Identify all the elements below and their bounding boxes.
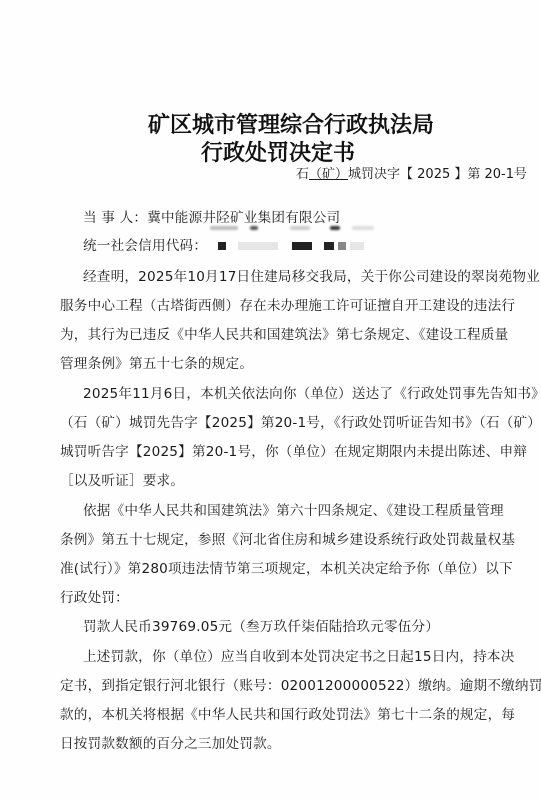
fine-amount-line: 罚款人民币39769.05元（叁万玖仟柒佰陆拾玖元零伍分） — [83, 615, 439, 635]
body-line: 上述罚款，你（单位）应当自收到本处罚决定书之日起15日内，持本决 — [83, 645, 515, 665]
redaction-smudge — [330, 226, 340, 230]
credit-code-label: 统一社会信用代码： — [83, 238, 207, 254]
credit-code-row: 统一社会信用代码： — [83, 234, 368, 254]
body-line: 服务中心工程（古塔街西侧）存在未办理施工许可证擅自开工建设的违法行 — [60, 294, 515, 314]
body-line: 条例》第五十七规定，参照《河北省住房和城乡建设系统行政处罚裁量权基 — [60, 528, 515, 548]
redaction-smudge — [290, 226, 310, 230]
doc-number-suffix: 城罚决字【 2025 】第 20-1号 — [348, 167, 527, 182]
credit-code-redacted — [212, 238, 368, 254]
body-line: 依据《中华人民共和国建筑法》第六十四条规定、《建设工程质量管理 — [83, 499, 504, 519]
body-line: 经查明，2025年10月17日住建局移交我局，关于你公司建设的翠岗苑物业 — [83, 265, 540, 285]
body-line: 日按罚款数额的百分之三加处罚款。 — [60, 732, 281, 752]
party-row: 当 事 人：冀中能源井陉矿业集团有限公司 — [83, 206, 340, 226]
body-line: ［以及听证］要求。 — [60, 469, 184, 489]
document-number: 石（矿）城罚决字【 2025 】第 20-1号 — [296, 163, 527, 182]
body-line: 2025年11月6日，本机关依法向你（单位）送达了《行政处罚事先告知书》 — [83, 382, 541, 402]
body-line: 城罚听告字【2025】第20-1号，你（单位）在规定期限内未提出陈述、申辩 — [60, 440, 527, 460]
redaction-smudge — [250, 226, 258, 230]
body-line: 管理条例》第五十七条的规定。 — [60, 352, 253, 372]
body-line: 款的，本机关将根据《中华人民共和国行政处罚法》第七十二条的规定，每 — [60, 703, 515, 723]
issuer-title: 矿区城市管理综合行政执法局 — [148, 108, 434, 139]
redaction-smudge — [352, 226, 374, 230]
redaction-smudge — [210, 226, 238, 230]
doc-number-agency: （矿） — [309, 167, 348, 182]
body-line: 行政处罚： — [60, 586, 129, 606]
body-line: 定书，到指定银行河北银行（账号：02001200000522）缴纳。逾期不缴纳罚 — [60, 674, 541, 694]
body-line: 准(试行）》第280项违法情节第三项规定，本机关决定给予你（单位）以下 — [60, 557, 513, 577]
doc-number-prefix: 石 — [296, 167, 309, 182]
document-page: 矿区城市管理综合行政执法局 行政处罚决定书 石（矿）城罚决字【 2025 】第 … — [0, 0, 541, 800]
party-name: 冀中能源井陉矿业集团有限公司 — [147, 210, 340, 226]
party-label: 当 事 人： — [83, 210, 147, 226]
body-line: （石（矿）城罚先告字【2025】第20-1号，《行政处罚听证告知书》（石（矿） — [60, 411, 541, 431]
body-line: 为，其行为已违反《中华人民共和国建筑法》第七条规定、《建设工程质量 — [60, 323, 508, 343]
